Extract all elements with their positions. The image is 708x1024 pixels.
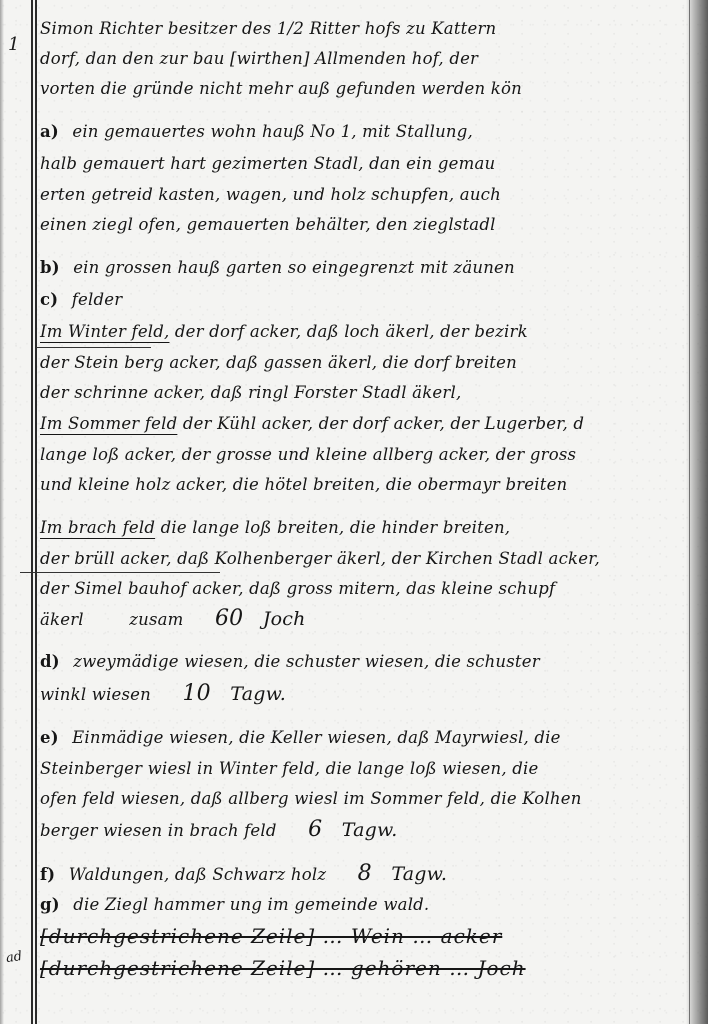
- manuscript-page: 1 ad Simon Richter besitzer des 1/2 Ritt…: [0, 0, 708, 1024]
- line-text: Waldungen, daß Schwarz holz: [69, 865, 326, 884]
- line-text: halb gemauert hart gezimerten Stadl, dan…: [40, 154, 495, 173]
- summer-field-line: Im Sommer feld der Kühl acker, der dorf …: [40, 408, 682, 440]
- entry-number: 1: [8, 34, 19, 55]
- margin-rule-inner: [35, 0, 37, 1024]
- section-heading-fallow-field: Im brach feld: [40, 518, 155, 537]
- line-text: dorf, dan den zur bau [wirthen] Allmende…: [40, 49, 478, 68]
- line-text: zweymädige wiesen, die schuster wiesen, …: [73, 652, 540, 671]
- margin-note: ad: [5, 949, 23, 966]
- line-text: einen ziegl ofen, gemauerten behälter, d…: [40, 215, 496, 234]
- fields-total-line: äkerl zusam 60 Joch: [40, 604, 682, 634]
- text-line: ofen feld wiesen, daß allberg wiesl im S…: [40, 784, 682, 814]
- line-text: Simon Richter besitzer des 1/2 Ritter ho…: [40, 19, 496, 38]
- item-label: c): [40, 284, 58, 316]
- item-label: b): [40, 252, 60, 284]
- struck-line: [durchgestrichene Zeile] … Wein … acker: [40, 920, 682, 952]
- item-label: f): [40, 859, 55, 891]
- line-text: Steinberger wiesl in Winter feld, die la…: [40, 759, 538, 778]
- winter-field-line: Im Winter feld, der dorf acker, daß loch…: [40, 316, 682, 348]
- single-meadows-unit: Tagw.: [342, 814, 398, 846]
- line-text: äkerl: [40, 610, 84, 629]
- line-text: der Simel bauhof acker, daß gross mitern…: [40, 579, 555, 598]
- margin-rule-outer: [31, 0, 33, 1024]
- line-text: lange loß acker, der grosse und kleine a…: [40, 445, 576, 464]
- text-line: vorten die gründe nicht mehr auß gefunde…: [40, 74, 682, 104]
- item-label: a): [40, 116, 59, 148]
- meadows-unit: Tagw.: [230, 678, 286, 710]
- section-heading-summer-field: Im Sommer feld: [40, 414, 177, 433]
- line-text: der dorf acker, daß loch äkerl, der bezi…: [175, 322, 528, 341]
- text-line: der brüll acker, daß Kolhenberger äkerl,…: [40, 544, 682, 574]
- meadows-total-line: winkl wiesen 10 Tagw.: [40, 678, 682, 710]
- single-meadows-total-line: berger wiesen in brach feld 6 Tagw.: [40, 814, 682, 846]
- text-line: halb gemauert hart gezimerten Stadl, dan…: [40, 148, 682, 180]
- line-text: der Kühl acker, der dorf acker, der Luge…: [183, 414, 584, 433]
- text-line: lange loß acker, der grosse und kleine a…: [40, 440, 682, 470]
- line-text: vorten die gründe nicht mehr auß gefunde…: [40, 79, 522, 98]
- line-text: winkl wiesen: [40, 685, 151, 704]
- struck-through-text: [durchgestrichene Zeile] … gehören … Joc…: [40, 956, 526, 980]
- item-label: e): [40, 722, 59, 754]
- text-line: einen ziegl ofen, gemauerten behälter, d…: [40, 210, 682, 240]
- text-line: der Stein berg acker, daß gassen äkerl, …: [40, 348, 682, 378]
- page-left-edge: [0, 0, 4, 1024]
- line-text: ein grossen hauß garten so eingegrenzt m…: [73, 258, 515, 277]
- line-text: Einmädige wiesen, die Keller wiesen, daß…: [72, 728, 560, 747]
- sum-label: zusam: [129, 610, 183, 629]
- fields-total-amount: 60: [215, 604, 243, 634]
- line-text: felder: [72, 290, 123, 309]
- fields-total-unit: Joch: [263, 604, 306, 634]
- struck-line: [durchgestrichene Zeile] … gehören … Joc…: [40, 952, 682, 984]
- item-d-line: d) zweymädige wiesen, die schuster wiese…: [40, 646, 682, 678]
- line-text: und kleine holz acker, die hötel breiten…: [40, 475, 567, 494]
- forest-unit: Tagw.: [391, 858, 447, 890]
- text-line: erten getreid kasten, wagen, und holz sc…: [40, 180, 682, 210]
- line-text: der Stein berg acker, daß gassen äkerl, …: [40, 353, 517, 372]
- manuscript-text-block: Simon Richter besitzer des 1/2 Ritter ho…: [40, 14, 682, 984]
- text-line: der Simel bauhof acker, daß gross mitern…: [40, 574, 682, 604]
- fallow-field-line: Im brach feld die lange loß breiten, die…: [40, 512, 682, 544]
- line-text: berger wiesen in brach feld: [40, 821, 277, 840]
- item-e-line: e) Einmädige wiesen, die Keller wiesen, …: [40, 722, 682, 754]
- item-label: g): [40, 890, 60, 920]
- item-f-line: f) Waldungen, daß Schwarz holz 8 Tagw.: [40, 858, 682, 890]
- text-line: Steinberger wiesl in Winter feld, die la…: [40, 754, 682, 784]
- item-label: d): [40, 646, 60, 678]
- item-b-line: b) ein grossen hauß garten so eingegrenz…: [40, 252, 682, 284]
- text-line: dorf, dan den zur bau [wirthen] Allmende…: [40, 44, 682, 74]
- struck-through-text: [durchgestrichene Zeile] … Wein … acker: [40, 924, 502, 948]
- item-a-line: a) ein gemauertes wohn hauß No 1, mit St…: [40, 116, 682, 148]
- binding-shadow: [686, 0, 708, 1024]
- forest-amount: 8: [358, 858, 372, 890]
- line-text: der schrinne acker, daß ringl Forster St…: [40, 383, 461, 402]
- item-g-line: g) die Ziegl hammer ung im gemeinde wald…: [40, 890, 682, 920]
- text-line: der schrinne acker, daß ringl Forster St…: [40, 378, 682, 408]
- line-text: erten getreid kasten, wagen, und holz sc…: [40, 185, 501, 204]
- text-line: und kleine holz acker, die hötel breiten…: [40, 470, 682, 500]
- line-text: die lange loß breiten, die hinder breite…: [161, 518, 511, 537]
- line-text: ofen feld wiesen, daß allberg wiesl im S…: [40, 789, 582, 808]
- section-heading-winter-field: Im Winter feld,: [40, 322, 169, 341]
- heading-underline: [36, 347, 151, 348]
- single-meadows-amount: 6: [308, 814, 322, 846]
- line-text: ein gemauertes wohn hauß No 1, mit Stall…: [72, 122, 473, 141]
- line-text: die Ziegl hammer ung im gemeinde wald.: [73, 895, 429, 914]
- meadows-amount: 10: [182, 678, 210, 710]
- text-line: Simon Richter besitzer des 1/2 Ritter ho…: [40, 14, 682, 44]
- item-c-line: c) felder: [40, 284, 682, 316]
- line-text: der brüll acker, daß Kolhenberger äkerl,…: [40, 549, 600, 568]
- heading-underline: [20, 572, 220, 573]
